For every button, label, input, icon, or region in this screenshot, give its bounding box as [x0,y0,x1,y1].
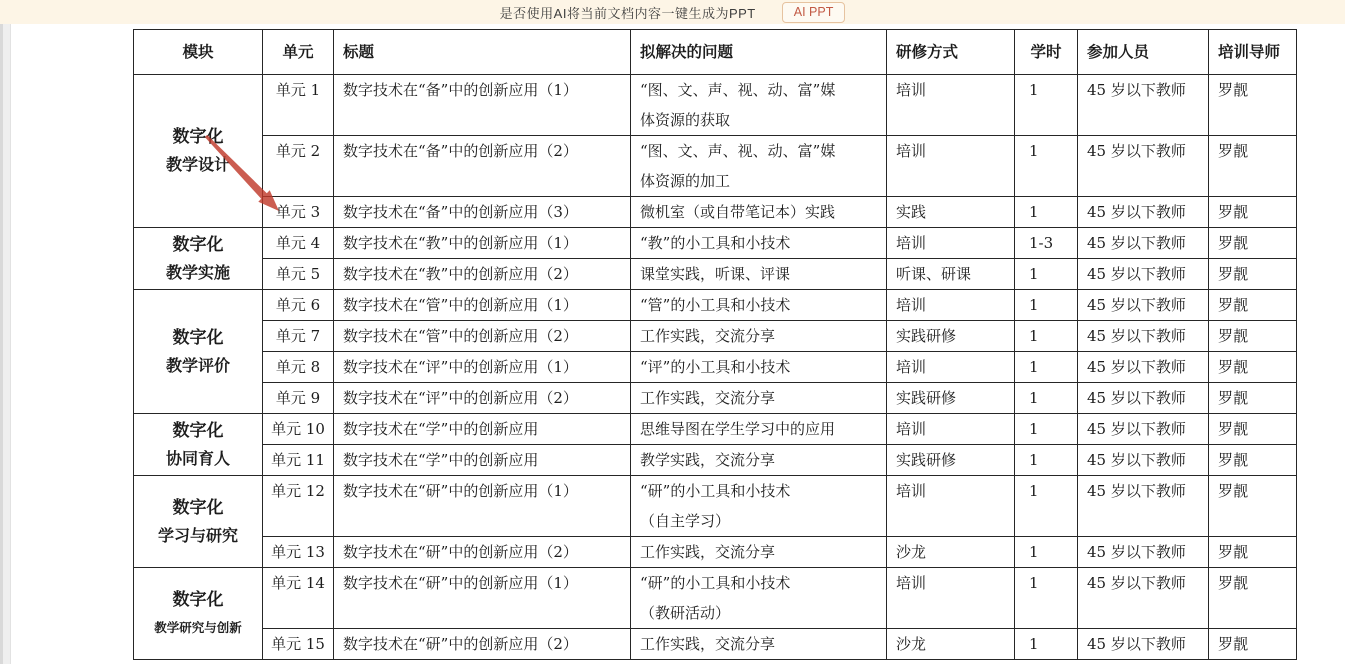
module-cell: 数字化协同育人 [134,414,263,476]
table-row: 数字化教学实施单元 4数字技术在“教”中的创新应用（1）“教”的小工具和小技术培… [134,228,1297,259]
title-cell: 数字技术在“管”中的创新应用（2） [334,321,631,352]
header-title: 标题 [334,30,631,75]
table-row: 单元 9数字技术在“评”中的创新应用（2）工作实践，交流分享实践研修145 岁以… [134,383,1297,414]
header-instructor: 培训导师 [1209,30,1297,75]
instructor-cell: 罗靓 [1209,445,1297,476]
table-row: 单元 2数字技术在“备”中的创新应用（2）“图、文、声、视、动、富”媒 体资源的… [134,136,1297,197]
participants-cell: 45 岁以下教师 [1078,321,1209,352]
module-name-line1: 数字化 [134,324,262,352]
module-cell: 数字化教学研究与创新 [134,568,263,660]
hours-cell: 1 [1015,629,1078,660]
problem-cell: “图、文、声、视、动、富”媒 体资源的获取 [631,75,887,136]
problem-cell: “教”的小工具和小技术 [631,228,887,259]
module-cell: 数字化教学实施 [134,228,263,290]
left-gutter [0,24,11,664]
unit-cell: 单元 14 [263,568,334,629]
header-hours: 学时 [1015,30,1078,75]
module-name-line1: 数字化 [134,494,262,522]
problem-cell: 教学实践，交流分享 [631,445,887,476]
hours-cell: 1 [1015,568,1078,629]
module-name-line2: 教学评价 [134,352,262,380]
method-cell: 沙龙 [887,629,1015,660]
instructor-cell: 罗靓 [1209,383,1297,414]
table-row: 单元 8数字技术在“评”中的创新应用（1）“评”的小工具和小技术培训145 岁以… [134,352,1297,383]
problem-cell: “图、文、声、视、动、富”媒 体资源的加工 [631,136,887,197]
ai-ppt-prompt-bar: 是否使用AI将当前文档内容一键生成为PPT AI PPT [0,0,1345,24]
method-cell: 培训 [887,352,1015,383]
unit-cell: 单元 7 [263,321,334,352]
unit-cell: 单元 8 [263,352,334,383]
title-cell: 数字技术在“备”中的创新应用（3） [334,197,631,228]
hours-cell: 1 [1015,445,1078,476]
module-name-line2: 教学研究与创新 [134,614,262,642]
problem-cell: “管”的小工具和小技术 [631,290,887,321]
unit-cell: 单元 5 [263,259,334,290]
problem-cell: 工作实践，交流分享 [631,321,887,352]
table-row: 数字化教学评价单元 6数字技术在“管”中的创新应用（1）“管”的小工具和小技术培… [134,290,1297,321]
unit-cell: 单元 12 [263,476,334,537]
training-schedule-table: 模块 单元 标题 拟解决的问题 研修方式 学时 参加人员 培训导师 数字化教学设… [133,29,1297,660]
method-cell: 实践研修 [887,383,1015,414]
instructor-cell: 罗靓 [1209,197,1297,228]
title-cell: 数字技术在“研”中的创新应用（1） [334,476,631,537]
module-name-line1: 数字化 [134,231,262,259]
instructor-cell: 罗靓 [1209,476,1297,537]
unit-cell: 单元 15 [263,629,334,660]
table-row: 单元 7数字技术在“管”中的创新应用（2）工作实践，交流分享实践研修145 岁以… [134,321,1297,352]
title-cell: 数字技术在“备”中的创新应用（2） [334,136,631,197]
hours-cell: 1 [1015,259,1078,290]
header-problem: 拟解决的问题 [631,30,887,75]
problem-cell: 工作实践，交流分享 [631,629,887,660]
participants-cell: 45 岁以下教师 [1078,414,1209,445]
hours-cell: 1 [1015,197,1078,228]
module-name-line2: 教学设计 [134,151,262,179]
title-cell: 数字技术在“管”中的创新应用（1） [334,290,631,321]
hours-cell: 1 [1015,321,1078,352]
instructor-cell: 罗靓 [1209,352,1297,383]
title-cell: 数字技术在“评”中的创新应用（2） [334,383,631,414]
hours-cell: 1 [1015,136,1078,197]
method-cell: 听课、研课 [887,259,1015,290]
ai-ppt-prompt-message: 是否使用AI将当前文档内容一键生成为PPT [500,3,756,22]
table-row: 数字化教学设计单元 1数字技术在“备”中的创新应用（1）“图、文、声、视、动、富… [134,75,1297,136]
header-method: 研修方式 [887,30,1015,75]
method-cell: 沙龙 [887,537,1015,568]
unit-cell: 单元 10 [263,414,334,445]
title-cell: 数字技术在“研”中的创新应用（2） [334,537,631,568]
module-name-line1: 数字化 [134,586,262,614]
instructor-cell: 罗靓 [1209,259,1297,290]
instructor-cell: 罗靓 [1209,568,1297,629]
table-row: 单元 3数字技术在“备”中的创新应用（3）微机室（或自带笔记本）实践实践145 … [134,197,1297,228]
instructor-cell: 罗靓 [1209,629,1297,660]
participants-cell: 45 岁以下教师 [1078,352,1209,383]
participants-cell: 45 岁以下教师 [1078,537,1209,568]
table-row: 数字化协同育人单元 10数字技术在“学”中的创新应用思维导图在学生学习中的应用培… [134,414,1297,445]
header-row: 模块 单元 标题 拟解决的问题 研修方式 学时 参加人员 培训导师 [134,30,1297,75]
module-name-line2: 协同育人 [134,445,262,473]
module-name-line1: 数字化 [134,123,262,151]
header-participants: 参加人员 [1078,30,1209,75]
hours-cell: 1 [1015,414,1078,445]
problem-cell: 微机室（或自带笔记本）实践 [631,197,887,228]
header-unit: 单元 [263,30,334,75]
participants-cell: 45 岁以下教师 [1078,383,1209,414]
problem-cell: “研”的小工具和小技术 （自主学习） [631,476,887,537]
method-cell: 培训 [887,136,1015,197]
hours-cell: 1-3 [1015,228,1078,259]
module-cell: 数字化学习与研究 [134,476,263,568]
participants-cell: 45 岁以下教师 [1078,75,1209,136]
title-cell: 数字技术在“教”中的创新应用（1） [334,228,631,259]
hours-cell: 1 [1015,290,1078,321]
module-name-line2: 学习与研究 [134,522,262,550]
method-cell: 培训 [887,476,1015,537]
title-cell: 数字技术在“评”中的创新应用（1） [334,352,631,383]
instructor-cell: 罗靓 [1209,75,1297,136]
title-cell: 数字技术在“教”中的创新应用（2） [334,259,631,290]
instructor-cell: 罗靓 [1209,321,1297,352]
unit-cell: 单元 4 [263,228,334,259]
participants-cell: 45 岁以下教师 [1078,290,1209,321]
schedule-table-body: 数字化教学设计单元 1数字技术在“备”中的创新应用（1）“图、文、声、视、动、富… [134,75,1297,660]
instructor-cell: 罗靓 [1209,136,1297,197]
hours-cell: 1 [1015,75,1078,136]
table-row: 单元 13数字技术在“研”中的创新应用（2）工作实践，交流分享沙龙145 岁以下… [134,537,1297,568]
table-row: 单元 11数字技术在“学”中的创新应用教学实践，交流分享实践研修145 岁以下教… [134,445,1297,476]
hours-cell: 1 [1015,352,1078,383]
method-cell: 培训 [887,75,1015,136]
table-row: 数字化教学研究与创新单元 14数字技术在“研”中的创新应用（1）“研”的小工具和… [134,568,1297,629]
ai-ppt-button[interactable]: AI PPT [782,2,846,23]
method-cell: 实践研修 [887,321,1015,352]
unit-cell: 单元 11 [263,445,334,476]
method-cell: 培训 [887,228,1015,259]
table-row: 单元 15数字技术在“研”中的创新应用（2）工作实践，交流分享沙龙145 岁以下… [134,629,1297,660]
participants-cell: 45 岁以下教师 [1078,476,1209,537]
header-module: 模块 [134,30,263,75]
module-name-line2: 教学实施 [134,259,262,287]
instructor-cell: 罗靓 [1209,290,1297,321]
problem-cell: “评”的小工具和小技术 [631,352,887,383]
title-cell: 数字技术在“备”中的创新应用（1） [334,75,631,136]
method-cell: 培训 [887,568,1015,629]
method-cell: 实践 [887,197,1015,228]
participants-cell: 45 岁以下教师 [1078,568,1209,629]
unit-cell: 单元 9 [263,383,334,414]
hours-cell: 1 [1015,383,1078,414]
participants-cell: 45 岁以下教师 [1078,197,1209,228]
unit-cell: 单元 1 [263,75,334,136]
problem-cell: 工作实践，交流分享 [631,383,887,414]
method-cell: 培训 [887,414,1015,445]
module-cell: 数字化教学设计 [134,75,263,228]
participants-cell: 45 岁以下教师 [1078,445,1209,476]
hours-cell: 1 [1015,476,1078,537]
title-cell: 数字技术在“学”中的创新应用 [334,414,631,445]
method-cell: 培训 [887,290,1015,321]
participants-cell: 45 岁以下教师 [1078,228,1209,259]
table-row: 数字化学习与研究单元 12数字技术在“研”中的创新应用（1）“研”的小工具和小技… [134,476,1297,537]
title-cell: 数字技术在“学”中的创新应用 [334,445,631,476]
problem-cell: 思维导图在学生学习中的应用 [631,414,887,445]
title-cell: 数字技术在“研”中的创新应用（2） [334,629,631,660]
table-row: 单元 5数字技术在“教”中的创新应用（2）课堂实践，听课、评课听课、研课145 … [134,259,1297,290]
hours-cell: 1 [1015,537,1078,568]
participants-cell: 45 岁以下教师 [1078,259,1209,290]
unit-cell: 单元 3 [263,197,334,228]
problem-cell: 工作实践，交流分享 [631,537,887,568]
unit-cell: 单元 2 [263,136,334,197]
instructor-cell: 罗靓 [1209,537,1297,568]
module-name-line1: 数字化 [134,417,262,445]
problem-cell: 课堂实践，听课、评课 [631,259,887,290]
participants-cell: 45 岁以下教师 [1078,629,1209,660]
unit-cell: 单元 13 [263,537,334,568]
unit-cell: 单元 6 [263,290,334,321]
title-cell: 数字技术在“研”中的创新应用（1） [334,568,631,629]
instructor-cell: 罗靓 [1209,228,1297,259]
participants-cell: 45 岁以下教师 [1078,136,1209,197]
module-cell: 数字化教学评价 [134,290,263,414]
instructor-cell: 罗靓 [1209,414,1297,445]
method-cell: 实践研修 [887,445,1015,476]
problem-cell: “研”的小工具和小技术 （教研活动） [631,568,887,629]
